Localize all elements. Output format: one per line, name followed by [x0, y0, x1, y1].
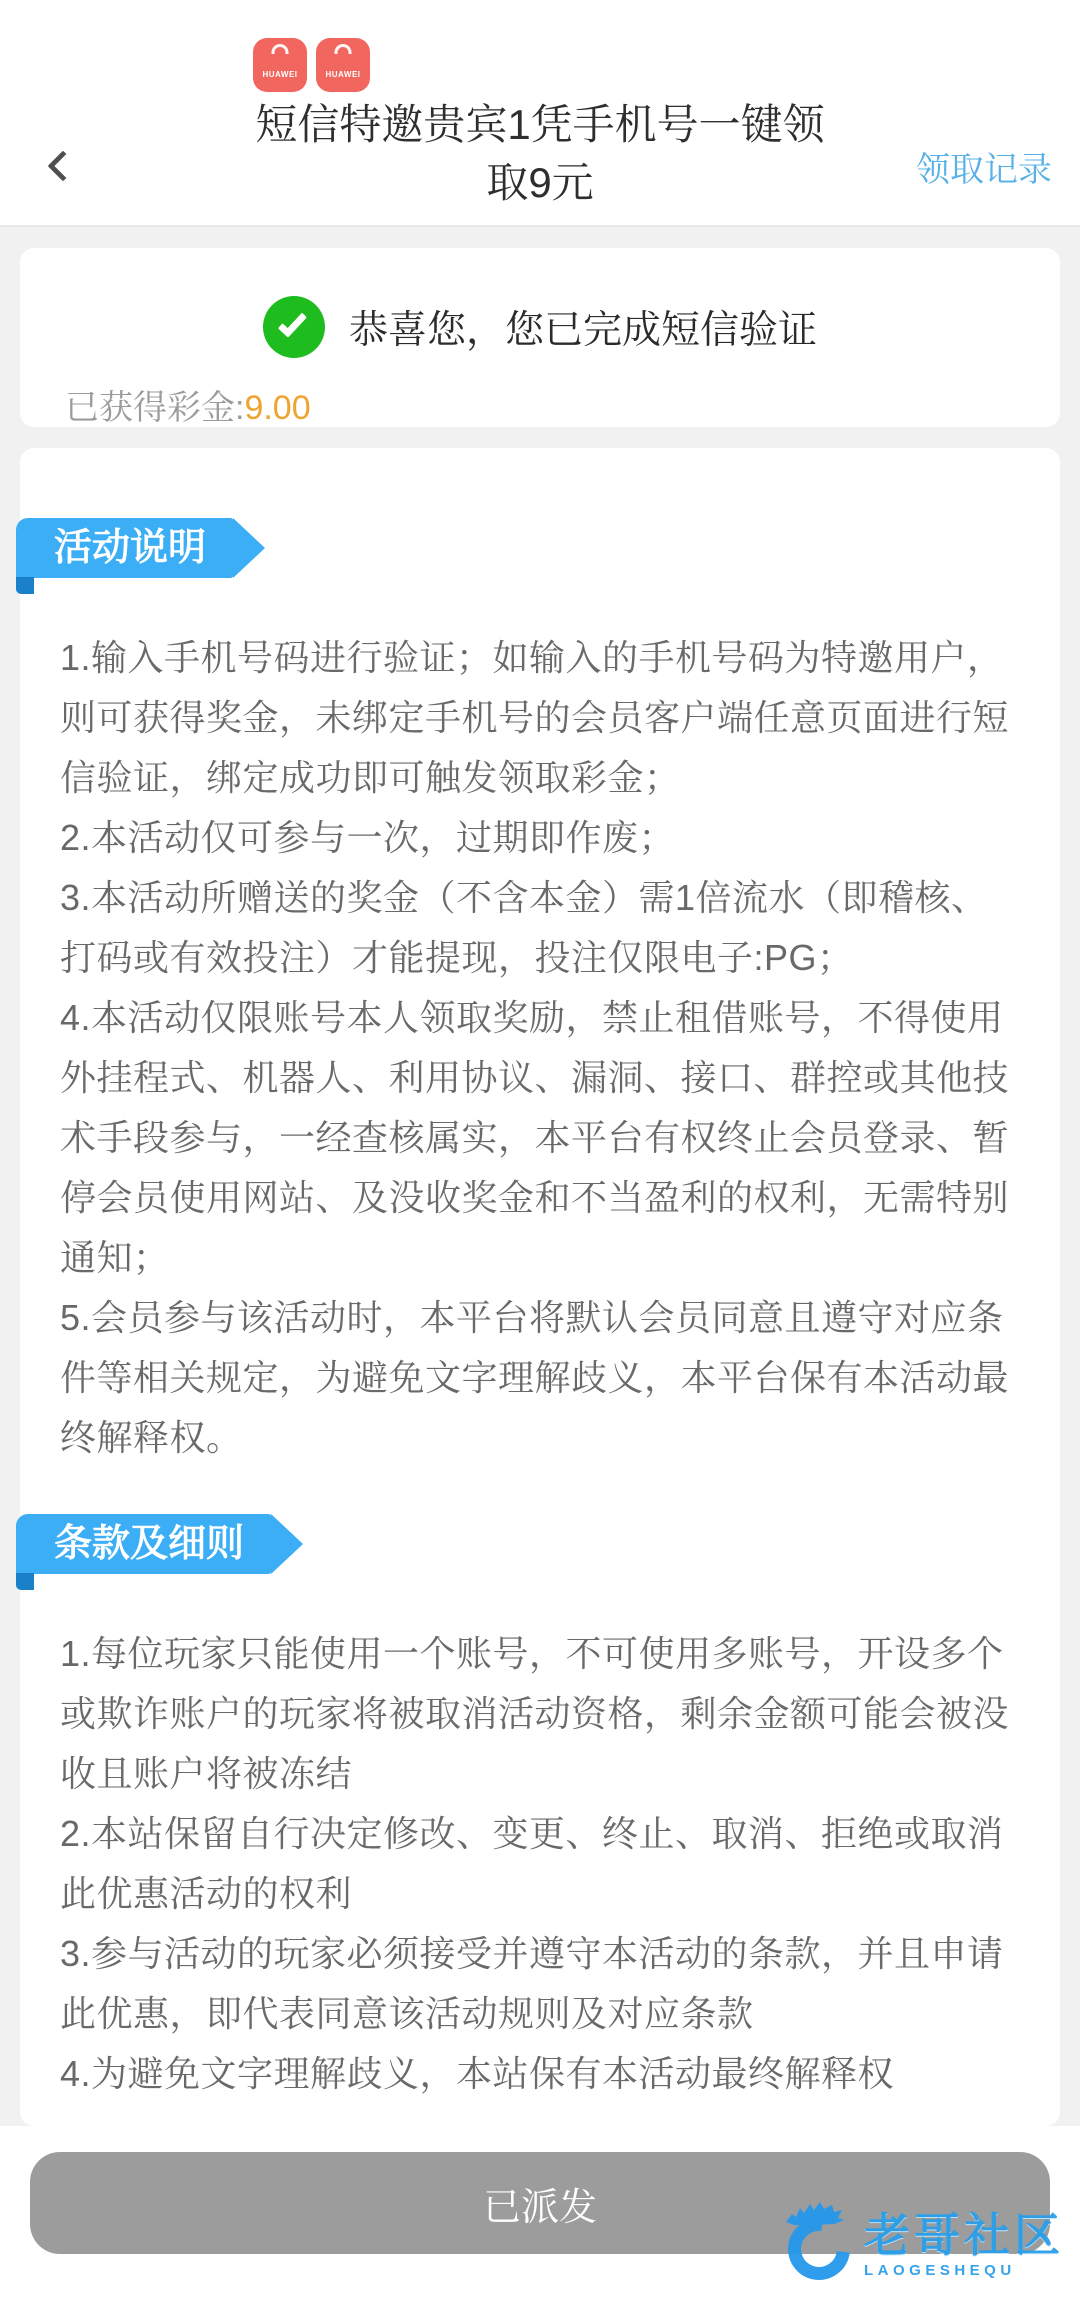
bonus-row: 已获得彩金:9.00	[65, 380, 1015, 429]
rules-card: 活动说明 1.输入手机号码进行验证；如输入的手机号码为特邀用户，则可获得奖金，未…	[20, 448, 1060, 2126]
terms-rules: 1.每位玩家只能使用一个账号，不可使用多账号，开设多个或欺诈账户的玩家将被取消活…	[60, 1624, 1020, 2104]
header: HUAWEI HUAWEI 短信特邀贵宾1凭手机号一键领取9元 领取记录	[0, 0, 1080, 227]
claim-records-link[interactable]: 领取记录	[916, 142, 1052, 191]
back-button[interactable]	[34, 142, 82, 190]
content: 恭喜您，您已完成短信验证 已获得彩金:9.00 活动说明 1.输入手机号码进行验…	[0, 227, 1080, 2126]
appgallery-icon: HUAWEI	[253, 38, 307, 92]
chevron-left-icon	[47, 150, 78, 181]
checkmark-icon	[278, 308, 307, 338]
rule-item: 1.输入手机号码进行验证；如输入的手机号码为特邀用户，则可获得奖金，未绑定手机号…	[60, 628, 1020, 808]
rule-item: 2.本站保留自行决定修改、变更、终止、取消、拒绝或取消此优惠活动的权利	[60, 1804, 1020, 1924]
status-row: 恭喜您，您已完成短信验证	[65, 296, 1015, 358]
app-icons: HUAWEI HUAWEI	[253, 38, 370, 92]
rule-item: 1.每位玩家只能使用一个账号，不可使用多账号，开设多个或欺诈账户的玩家将被取消活…	[60, 1624, 1020, 1804]
status-message: 恭喜您，您已完成短信验证	[349, 299, 817, 355]
bag-handle-icon	[272, 44, 289, 54]
status-card: 恭喜您，您已完成短信验证 已获得彩金:9.00	[20, 248, 1060, 427]
section-ribbon-activity: 活动说明	[16, 518, 234, 578]
watermark-text: 老哥社区	[864, 2211, 1064, 2259]
rule-item: 3.本活动所赠送的奖金（不含本金）需1倍流水（即稽核、打码或有效投注）才能提现，…	[60, 868, 1020, 988]
watermark-subtext: LAOGESHEQU	[864, 2262, 1016, 2279]
success-check-icon	[263, 296, 325, 358]
rule-item: 4.为避免文字理解歧义，本站保有本活动最终解释权	[60, 2044, 1020, 2104]
page-title: 短信特邀贵宾1凭手机号一键领取9元	[240, 96, 840, 212]
rule-item: 5.会员参与该活动时，本平台将默认会员同意且遵守对应条件等相关规定，为避免文字理…	[60, 1288, 1020, 1468]
bonus-value: 9.00	[244, 389, 310, 427]
ribbon-label: 活动说明	[54, 527, 206, 569]
section-ribbon-terms: 条款及细则	[16, 1514, 272, 1574]
watermark: 老哥社区 LAOGESHEQU	[782, 2206, 1064, 2284]
bag-handle-icon	[335, 44, 352, 54]
rule-item: 2.本活动仅可参与一次，过期即作废；	[60, 808, 1020, 868]
activity-rules: 1.输入手机号码进行验证；如输入的手机号码为特邀用户，则可获得奖金，未绑定手机号…	[60, 628, 1020, 1468]
rule-item: 3.参与活动的玩家必须接受并遵守本活动的条款，并且申请此优惠，即代表同意该活动规…	[60, 1924, 1020, 2044]
bonus-label: 已获得彩金:	[65, 389, 244, 427]
huawei-label: HUAWEI	[326, 71, 361, 79]
screen: HUAWEI HUAWEI 短信特邀贵宾1凭手机号一键领取9元 领取记录 恭喜您…	[0, 0, 1080, 2310]
ribbon-label: 条款及细则	[54, 1523, 244, 1565]
rule-item: 4.本活动仅限账号本人领取奖励，禁止租借账号，不得使用外挂程式、机器人、利用协议…	[60, 988, 1020, 1288]
dragon-swirl-icon	[782, 2206, 860, 2284]
appgallery-icon: HUAWEI	[316, 38, 370, 92]
huawei-label: HUAWEI	[263, 71, 298, 79]
